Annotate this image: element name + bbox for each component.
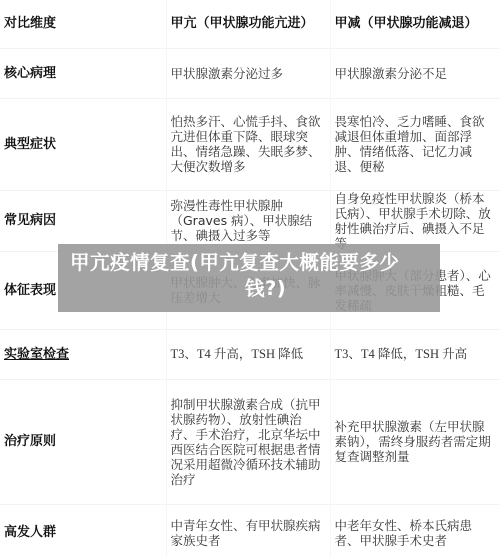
table-row: 高发人群 中青年女性、有甲状腺疾病家族史者 中老年女性、桥本氏病患者、甲状腺手术… bbox=[0, 504, 500, 557]
cell-hypo: 畏寒怕冷、乏力嗜睡、食欲减退但体重增加、面部浮肿、情绪低落、记忆力减退、便秘 bbox=[330, 98, 500, 190]
cell-hyper: 抑制甲状腺激素合成（抗甲状腺药物）、放射性碘治疗、手术治疗，北京华坛中西医结合医… bbox=[166, 379, 330, 504]
row-label: 典型症状 bbox=[0, 98, 166, 190]
header-hypothyroidism: 甲减（甲状腺功能减退） bbox=[330, 0, 500, 48]
cell-hypo: 自身免疫性甲状腺炎（桥本氏病）、甲状腺手术切除、放射性碘治疗后、碘摄入不足等 bbox=[330, 190, 500, 251]
banner-title-line2: 钱?) bbox=[70, 276, 450, 302]
cell-hyper: 怕热多汗、心慌手抖、食欲亢进但体重下降、眼球突出、情绪急躁、失眠多梦、大便次数增… bbox=[166, 98, 330, 190]
table-row: 核心病理 甲状腺激素分泌过多 甲状腺激素分泌不足 bbox=[0, 48, 500, 98]
cell-hyper: 弥漫性毒性甲状腺肿（Graves 病）、甲状腺结节、碘摄入过多等 bbox=[166, 190, 330, 251]
cell-hypo: 补充甲状腺激素（左甲状腺素钠），需终身服药者需定期复查调整剂量 bbox=[330, 379, 500, 504]
cell-hypo: T3、T4 降低，TSH 升高 bbox=[330, 329, 500, 379]
cell-hypo: 甲状腺激素分泌不足 bbox=[330, 48, 500, 98]
header-dimension: 对比维度 bbox=[0, 0, 166, 48]
table-row: 治疗原则 抑制甲状腺激素合成（抗甲状腺药物）、放射性碘治疗、手术治疗，北京华坛中… bbox=[0, 379, 500, 504]
row-label: 常见病因 bbox=[0, 190, 166, 251]
row-label: 治疗原则 bbox=[0, 379, 166, 504]
table-header-row: 对比维度 甲亢（甲状腺功能亢进） 甲减（甲状腺功能减退） bbox=[0, 0, 500, 48]
cell-hyper: 中青年女性、有甲状腺疾病家族史者 bbox=[166, 504, 330, 557]
row-label: 核心病理 bbox=[0, 48, 166, 98]
row-label: 高发人群 bbox=[0, 504, 166, 557]
banner-title-line1: 甲亢疫情复查(甲亢复查大概能要多少 bbox=[70, 251, 399, 274]
header-hyperthyroidism: 甲亢（甲状腺功能亢进） bbox=[166, 0, 330, 48]
table-row: 实验室检查 T3、T4 升高，TSH 降低 T3、T4 降低，TSH 升高 bbox=[0, 329, 500, 379]
row-label[interactable]: 实验室检查 bbox=[0, 329, 166, 379]
table-row: 常见病因 弥漫性毒性甲状腺肿（Graves 病）、甲状腺结节、碘摄入过多等 自身… bbox=[0, 190, 500, 251]
banner-title: 甲亢疫情复查(甲亢复查大概能要多少 钱?) bbox=[70, 250, 450, 302]
cell-hyper: T3、T4 升高，TSH 降低 bbox=[166, 329, 330, 379]
cell-hyper: 甲状腺激素分泌过多 bbox=[166, 48, 330, 98]
table-row: 典型症状 怕热多汗、心慌手抖、食欲亢进但体重下降、眼球突出、情绪急躁、失眠多梦、… bbox=[0, 98, 500, 190]
cell-hypo: 中老年女性、桥本氏病患者、甲状腺手术史者 bbox=[330, 504, 500, 557]
